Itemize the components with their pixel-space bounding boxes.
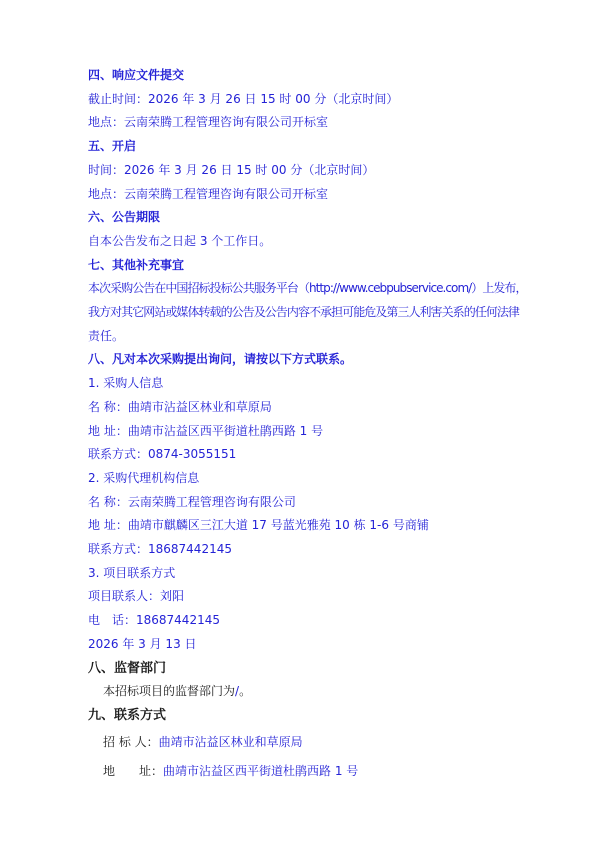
doc-line-deadline: 截止时间：2026 年 3 月 26 日 15 时 00 分（北京时间） <box>88 88 528 112</box>
announcement-body: 四、响应文件提交 截止时间：2026 年 3 月 26 日 15 时 00 分（… <box>88 64 528 786</box>
doc-line-platform: 本次采购公告在中国招标投标公共服务平台（http://www.cebpubser… <box>88 277 528 301</box>
doc-line-location: 地点：云南荣腾工程管理咨询有限公司开标室 <box>88 111 528 135</box>
doc-line-purchaser-address: 地 址：曲靖市沾益区西平街道杜鹃西路 1 号 <box>88 420 528 444</box>
section-heading-supplementary: 七、其他补充事宜 <box>88 254 528 278</box>
section-heading-response-submission: 四、响应文件提交 <box>88 64 528 88</box>
contact-value-tenderer: 曲靖市沾益区林业和草原局 <box>159 735 303 749</box>
section-heading-inquiry: 八、凡对本次采购提出询问，请按以下方式联系。 <box>88 348 528 372</box>
contact-row-address: 地 址：曲靖市沾益区西平街道杜鹃西路 1 号 <box>88 757 528 786</box>
section-heading-announcement-period: 六、公告期限 <box>88 206 528 230</box>
doc-line-purchaser-name: 名 称：曲靖市沾益区林业和草原局 <box>88 396 528 420</box>
contact-label-tenderer: 招 标 人： <box>103 735 159 749</box>
doc-line-purchaser-phone: 联系方式：0874-3055151 <box>88 443 528 467</box>
doc-line-agency-address: 地 址：曲靖市麒麟区三江大道 17 号蓝光雅苑 10 栋 1-6 号商铺 <box>88 514 528 538</box>
doc-line-supervision-body: 本招标项目的监督部门为/。 <box>88 680 528 704</box>
section-heading-contact: 九、联系方式 <box>88 704 528 728</box>
doc-line-agency-name: 名 称：云南荣腾工程管理咨询有限公司 <box>88 491 528 515</box>
section-heading-supervision: 八、监督部门 <box>88 657 528 681</box>
contact-row-tenderer: 招 标 人：曲靖市沾益区林业和草原局 <box>88 728 528 757</box>
doc-line-period: 自本公告发布之日起 3 个工作日。 <box>88 230 528 254</box>
doc-line-contact-person: 项目联系人：刘阳 <box>88 585 528 609</box>
doc-line-disclaimer: 我方对其它网站或媒体转载的公告及公告内容不承担可能危及第三人利害关系的任何法律 <box>88 301 528 325</box>
doc-line-agency-phone: 联系方式：18687442145 <box>88 538 528 562</box>
doc-line-opening-location: 地点：云南荣腾工程管理咨询有限公司开标室 <box>88 183 528 207</box>
subheading-purchaser-info: 1. 采购人信息 <box>88 372 528 396</box>
contact-value-address: 曲靖市沾益区西平街道杜鹃西路 1 号 <box>163 764 358 778</box>
subheading-project-contact: 3. 项目联系方式 <box>88 562 528 586</box>
contact-label-address: 地 址： <box>103 764 163 778</box>
section-heading-opening: 五、开启 <box>88 135 528 159</box>
subheading-agency-info: 2. 采购代理机构信息 <box>88 467 528 491</box>
document-page: 四、响应文件提交 截止时间：2026 年 3 月 26 日 15 时 00 分（… <box>0 0 603 852</box>
supervision-period: 。 <box>239 684 251 698</box>
supervision-text: 本招标项目的监督部门为 <box>103 684 235 698</box>
doc-line-date: 2026 年 3 月 13 日 <box>88 633 528 657</box>
doc-line-opening-time: 时间：2026 年 3 月 26 日 15 时 00 分（北京时间） <box>88 159 528 183</box>
doc-line-disclaimer-end: 责任。 <box>88 325 528 349</box>
doc-line-contact-phone: 电 话：18687442145 <box>88 609 528 633</box>
